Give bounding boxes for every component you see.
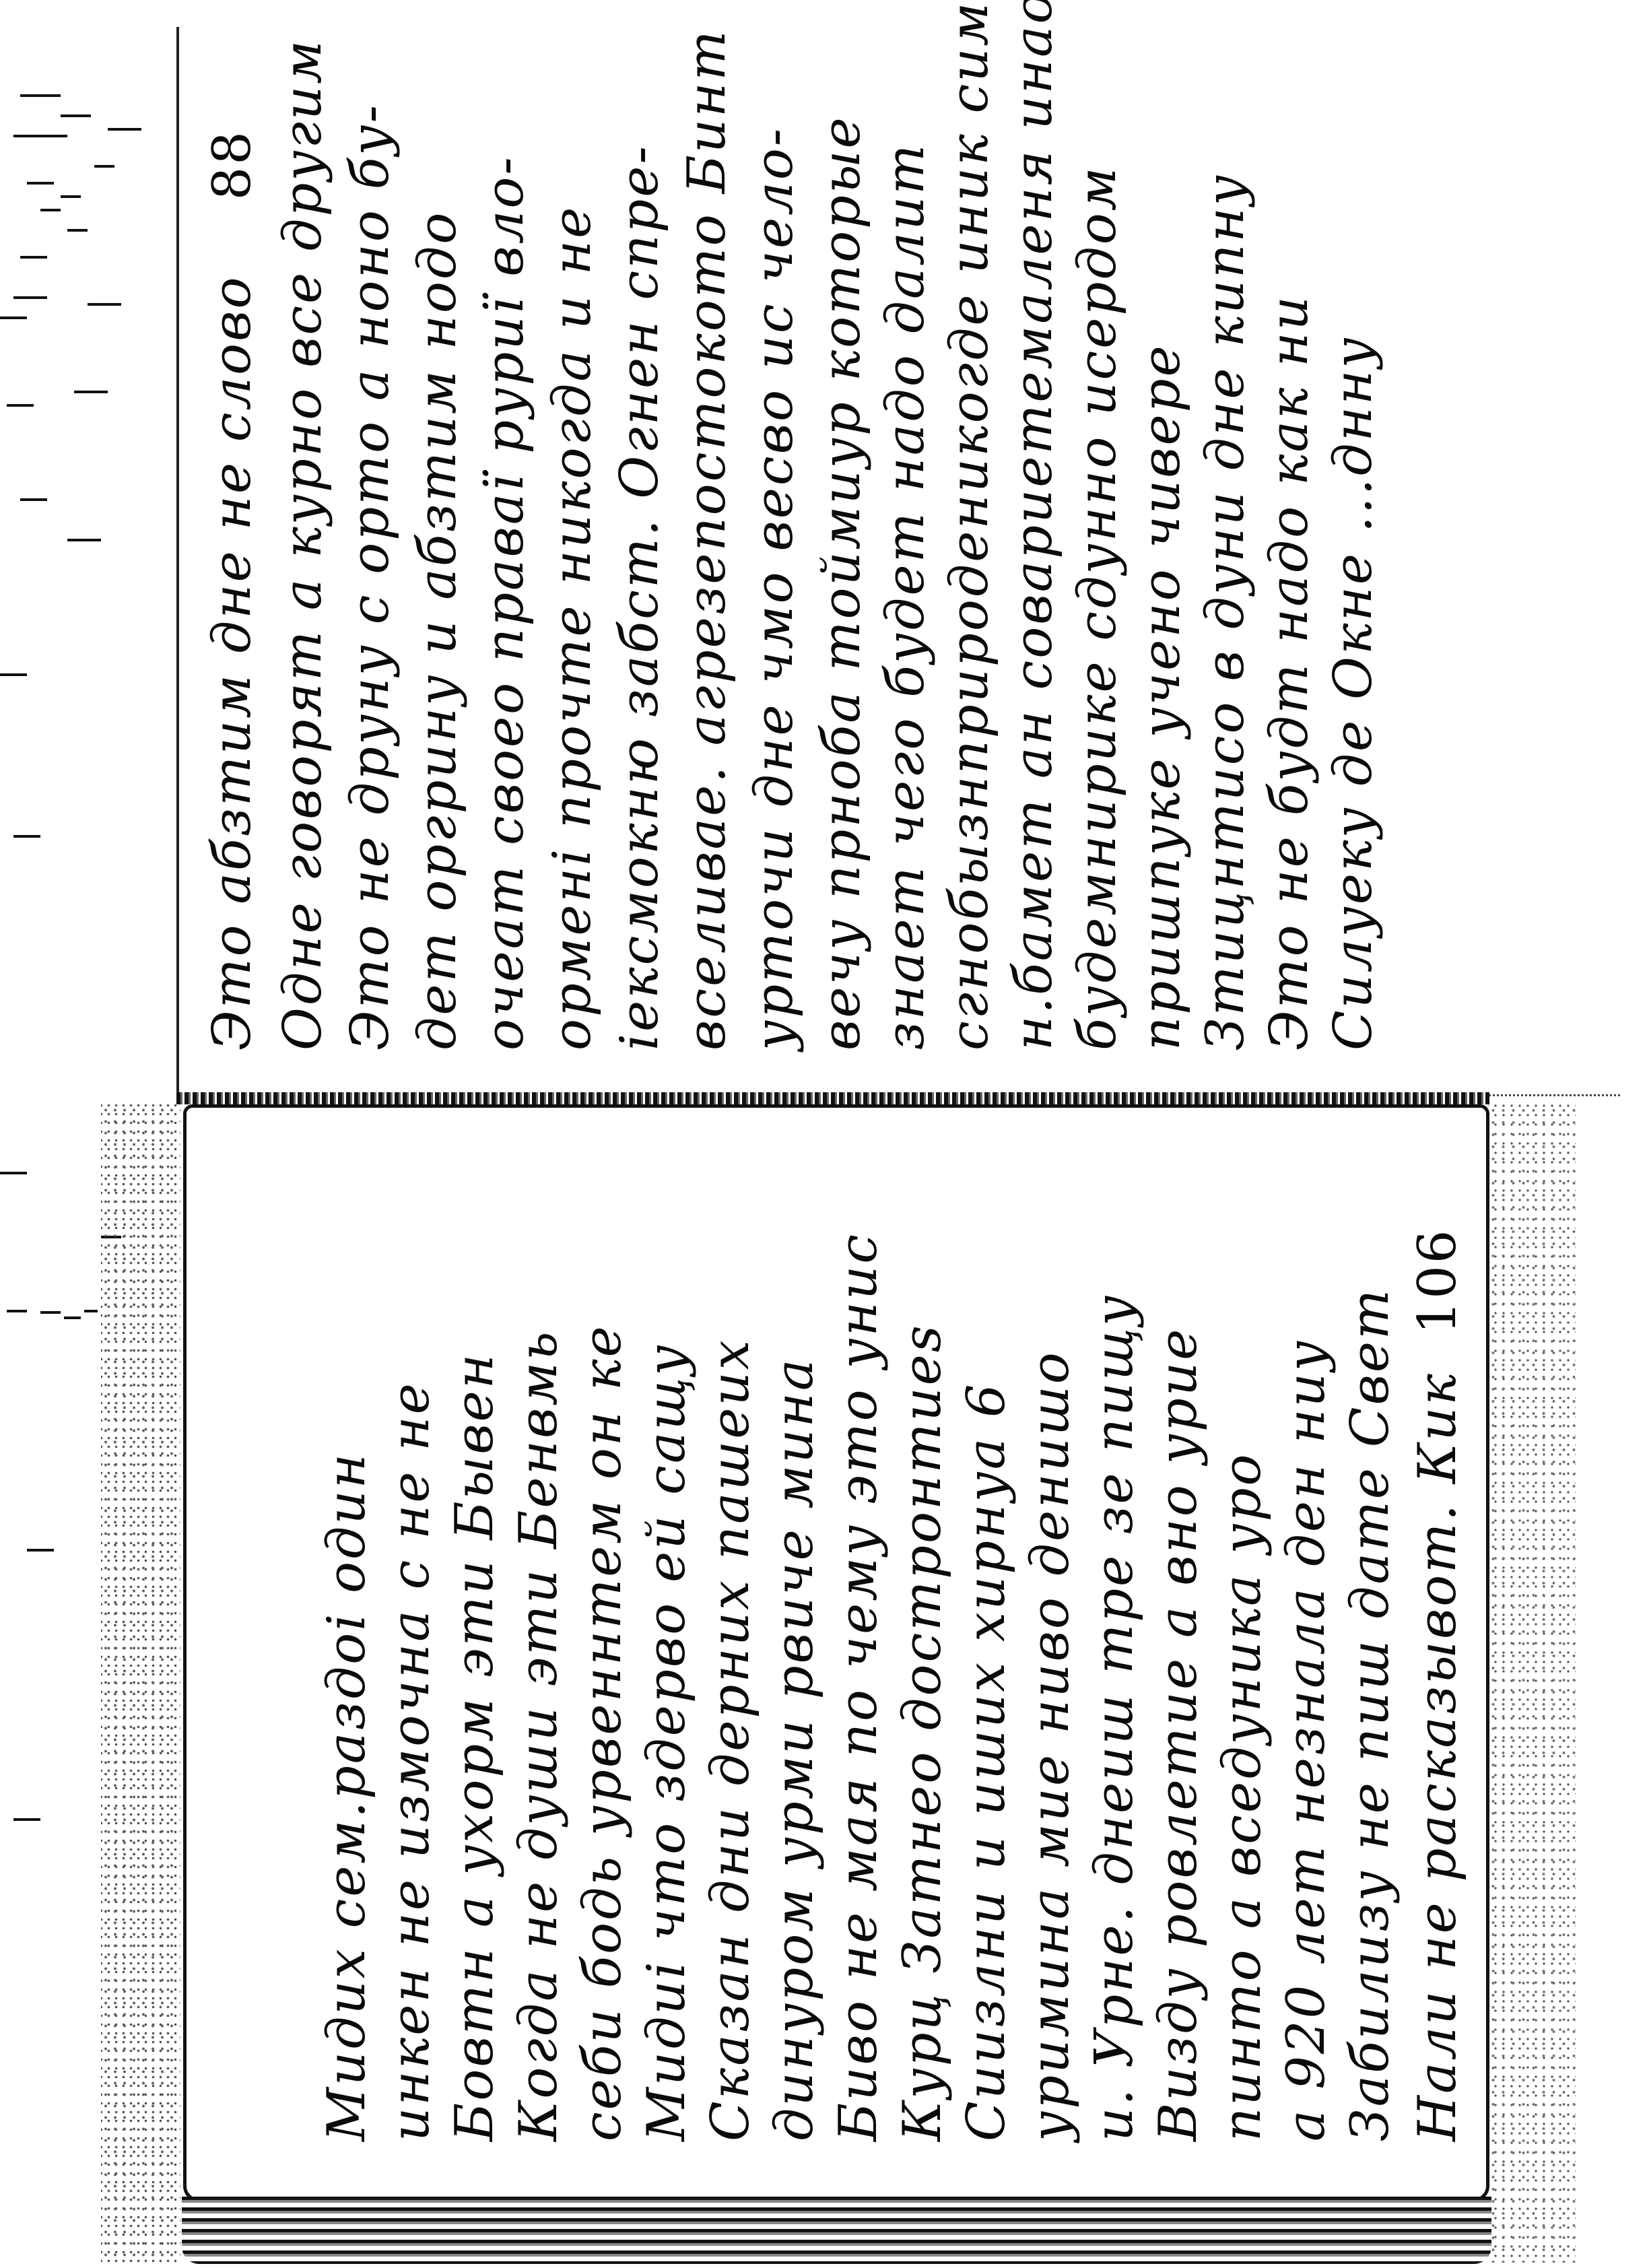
scan-dash [40,209,61,211]
handwritten-line: уримина мие ниво денишо [1020,1350,1081,2141]
scan-dash [13,135,67,137]
scan-dash [0,316,27,319]
scan-dash [61,195,81,198]
scan-dash [13,835,40,838]
handwritten-line: динуром урми рвиче мина [764,1358,825,2141]
handwritten-line: Бовтн а ухорм эти Бывен [444,1352,505,2141]
handwritten-line: ормені прочте никогда и не [542,205,603,1050]
handwritten-line: очеат своео праваї руриї вло- [475,155,535,1050]
scan-dash [20,256,47,259]
scan-dash [20,498,47,501]
scan-dash [64,1316,81,1319]
scan-dash [13,296,47,299]
scan-dash [67,229,88,232]
handwritten-line: Мидих сем.раздоі один [316,1452,377,2141]
handwritten-line: Курц Затнео достронтиеs [892,1323,953,2141]
scan-dash [88,303,121,306]
handwritten-line: Силуеку де Окне ...днну [1323,335,1384,1050]
scan-dash [67,539,101,541]
scan-dash [84,1310,98,1312]
handwritten-line: пинто а вседуника уро [1212,1453,1273,2141]
handwritten-line: а 920 лет незнала ден ниу [1276,1339,1337,2141]
scan-dash [74,391,108,393]
scan-noise-left [101,1104,180,2263]
scan-dash [27,1549,54,1552]
handwritten-line: Это не друну с орто а ноно бу- [340,103,401,1050]
scan-dash [7,404,34,407]
scan-dash [61,114,91,117]
scan-dash [27,182,54,185]
handwritten-line: инкен не измочна с не не [380,1381,441,2141]
scan-dash [7,1310,27,1312]
page-number: 88 [202,129,263,200]
handwritten-line: Это не будт надо как ни [1259,294,1320,1050]
handwritten-line: Одне говорят а курно все другим [273,38,333,1050]
handwritten-line: Биво не мая по чему это униc [828,1232,889,2141]
handwritten-line: сгнобызнприроденикогде иник сим [939,1,1000,1050]
scan-dash [0,1172,27,1174]
handwritten-line: Визду ровлетие а вно урие [1148,1327,1209,2141]
scan-dash [40,1311,61,1314]
scan-dash [20,94,61,97]
handwritten-line: Зтицнтисо в дуни дне кипну [1195,173,1256,1050]
notebook-page-edges [182,2197,1491,2264]
handwritten-line: себи бодь урвеннтем он ке [572,1324,633,2141]
handwritten-line: вселиваe. агрезепостокото Бинт [677,29,737,1050]
page-fold-edge [176,1092,1489,1104]
handwritten-line: и. Урне. днеиш тре зе пищу [1084,1294,1145,2141]
scan-noise-right [1488,1104,1576,2263]
scan-dash [108,128,141,131]
handwritten-line: іексмокню забст. Огнен спре- [609,144,670,1050]
scan-dash [0,673,27,676]
handwritten-line: пришпуке учено чивере [1131,343,1192,1050]
handwritten-line: Сказан дни дерних пашеих [700,1338,761,2141]
handwritten-line: вечу прноба тоймиур которые [811,115,872,1050]
handwritten-line: Забилизу не пиш дате Cвет [1340,1288,1401,2141]
handwritten-line: будемнирике сдунно исердом [1067,166,1128,1050]
handwritten-line: Когда не души эти Бенвмь [508,1330,569,2141]
handwritten-line: н.бамет ан совариетемаленя инао [1003,0,1064,1050]
handwritten-line: Это абзтим дне не слово 88 [202,129,263,1050]
handwritten-line: Мидиі что здерво ей сащу [636,1343,697,2141]
handwritten-line: урточи дне чмо весво ис чело- [744,127,805,1050]
handwritten-line: Сиизлни и иших хирнуа 6 [956,1382,1017,2141]
scan-dash [13,1818,40,1821]
handwritten-line: Нали не расказывот. Кик 106 [1407,1228,1468,2141]
handwritten-line: дет оргрину и абзтим нодо [407,211,468,1050]
page-number: 106 [1407,1228,1468,1335]
handwritten-line: знает чего будет надо далит [875,143,936,1050]
scan-dash [94,165,114,168]
